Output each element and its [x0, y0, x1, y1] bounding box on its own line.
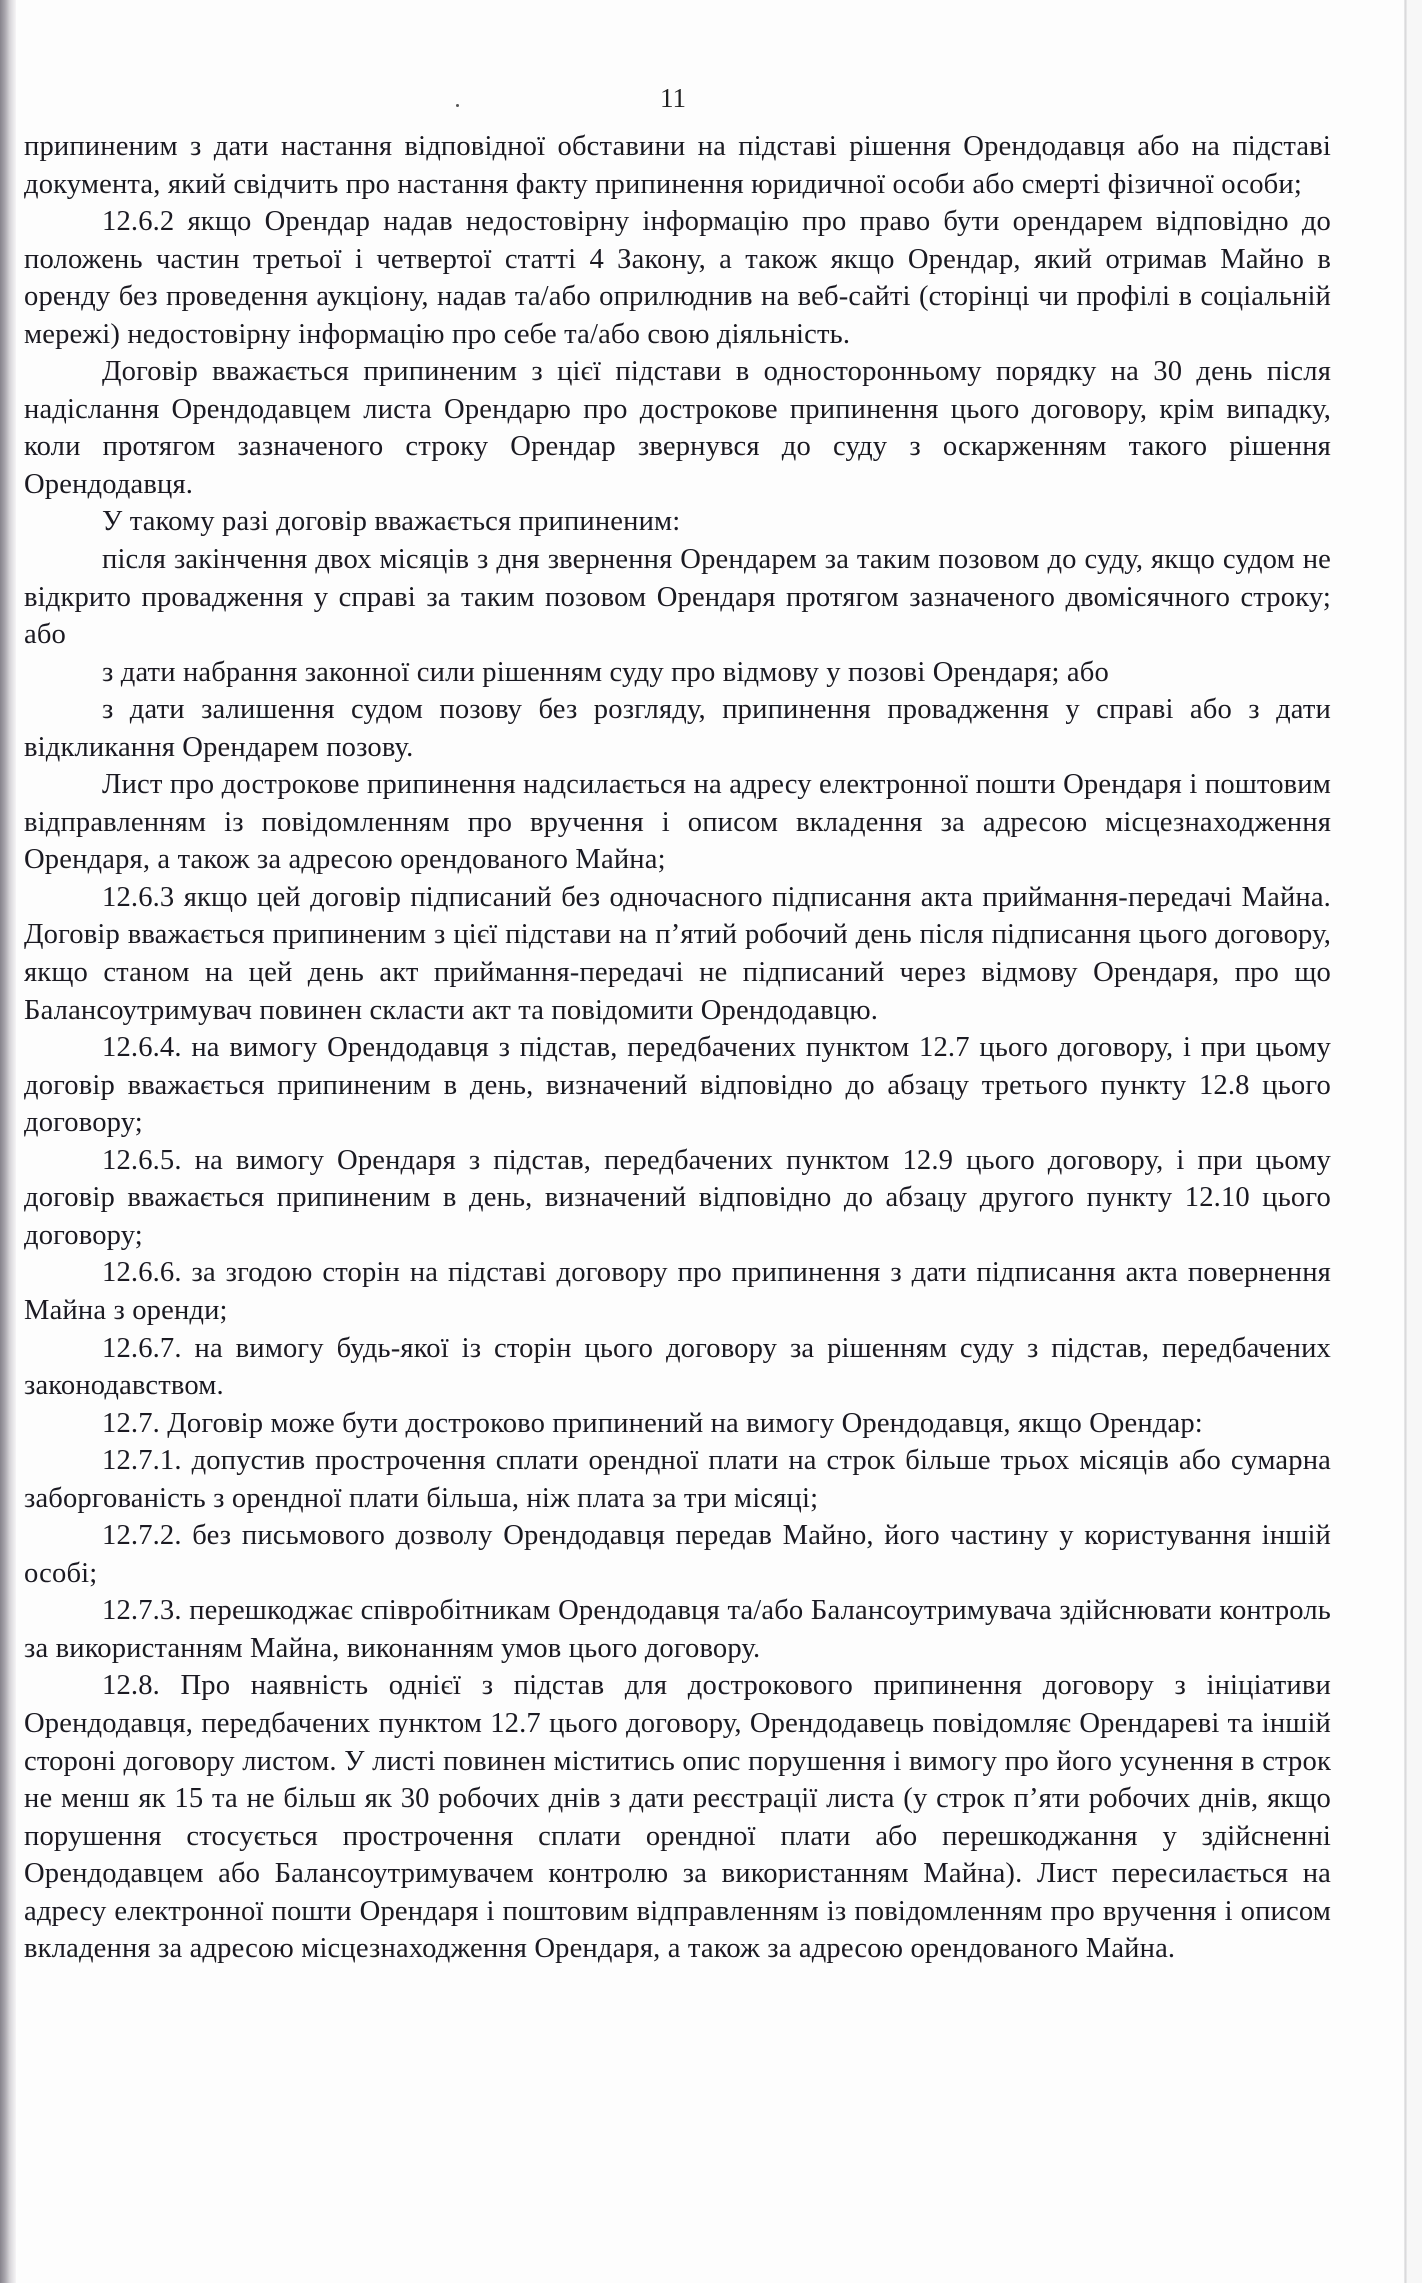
page-number: 11: [0, 80, 1346, 116]
paragraph-continuation: припиненим з дати настання відповідної о…: [24, 128, 1331, 203]
clause-12-7-3: 12.7.3. перешкоджає співробітникам Оренд…: [24, 1592, 1331, 1667]
paragraph-claim-left-without-review: з дати залишення судом позову без розгля…: [24, 691, 1331, 766]
paragraph-in-such-case: У такому разі договір вважається припине…: [24, 503, 1331, 541]
scan-right-edge-line: [1404, 0, 1407, 2283]
clause-12-6-4: 12.6.4. на вимогу Орендодавця з підстав,…: [24, 1029, 1331, 1142]
clause-12-6-3: 12.6.3 якщо цей договір підписаний без о…: [24, 879, 1331, 1029]
scan-right-margin: [1407, 0, 1422, 2283]
clause-12-7: 12.7. Договір може бути достроково припи…: [24, 1405, 1331, 1443]
clause-12-8: 12.8. Про наявність однієї з підстав для…: [24, 1667, 1331, 1967]
clause-12-6-5: 12.6.5. на вимогу Орендаря з підстав, пе…: [24, 1142, 1331, 1255]
paragraph-termination-30-days: Договір вважається припиненим з цієї під…: [24, 353, 1331, 503]
clause-12-7-1: 12.7.1. допустив прострочення сплати оре…: [24, 1442, 1331, 1517]
scan-left-edge-shadow: [0, 0, 16, 2283]
document-body: припиненим з дати настання відповідної о…: [24, 128, 1331, 1968]
paragraph-two-months: після закінчення двох місяців з дня звер…: [24, 541, 1331, 654]
paragraph-early-termination-letter: Лист про дострокове припинення надсилаєт…: [24, 766, 1331, 879]
clause-12-7-2: 12.7.2. без письмового дозволу Орендодав…: [24, 1517, 1331, 1592]
clause-12-6-7: 12.6.7. на вимогу будь-якої із сторін ць…: [24, 1330, 1331, 1405]
paragraph-court-decision: з дати набрання законної сили рішенням с…: [24, 654, 1331, 692]
clause-12-6-2: 12.6.2 якщо Орендар надав недостовірну і…: [24, 203, 1331, 353]
clause-12-6-6: 12.6.6. за згодою сторін на підставі дог…: [24, 1254, 1331, 1329]
